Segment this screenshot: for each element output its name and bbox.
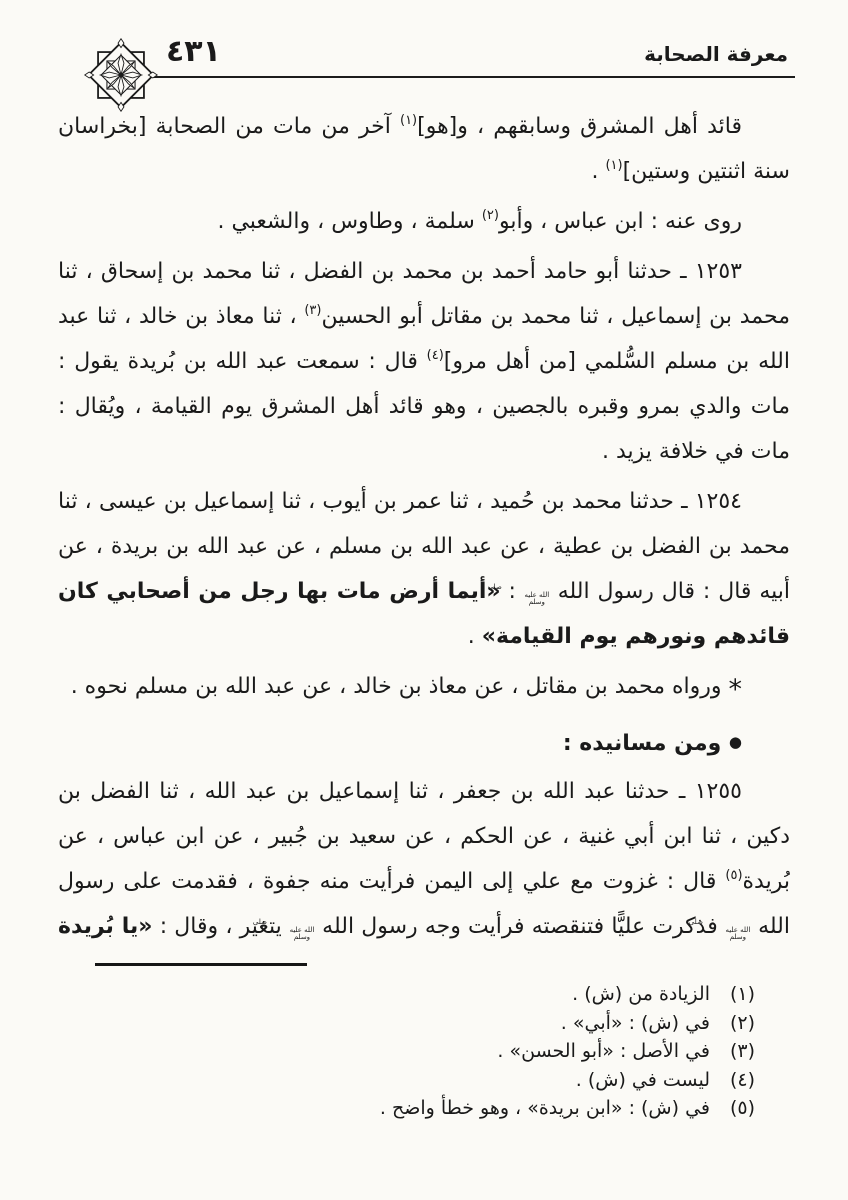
footnote-item: (٢)في (ش) : «أبي» . — [155, 1009, 755, 1038]
footnote-text: ليست في (ش) . — [155, 1066, 710, 1095]
text-segment: . — [468, 624, 482, 649]
footnote-reference: (٢) — [482, 208, 499, 223]
pbuh-honorific: صلى الله عليه وسلم — [725, 919, 751, 941]
page-number: ٤٣١ — [166, 34, 221, 69]
text-segment: سلمة ، وطاوس ، والشعبي . — [217, 209, 481, 234]
header-rule — [150, 76, 795, 78]
intro-paragraph: قائد أهل المشرق وسابقهم ، و[هو](١) آخر م… — [58, 104, 790, 194]
footnote-reference: (٥) — [725, 868, 742, 883]
footnote-number: (٣) — [719, 1037, 755, 1066]
footnote-reference: (٣) — [304, 303, 321, 318]
book-page: معرفة الصحابة ٤٣١ — [0, 0, 848, 1200]
footnote-number: (١) — [719, 980, 755, 1009]
text-segment: يتغير ، وقال : — [153, 914, 289, 939]
footnote-text: في (ش) : «ابن بريدة» ، وهو خطأ واضح . — [155, 1094, 710, 1123]
page-title: معرفة الصحابة — [644, 42, 788, 66]
footnote-reference: (١) — [400, 113, 417, 128]
text-segment: ورواه محمد بن مقاتل ، عن معاذ بن خالد ، … — [71, 674, 729, 699]
hadith-1255: ١٢٥٥ ـ حدثنا عبد الله بن جعفر ، ثنا إسما… — [58, 769, 790, 956]
text-segment: فذكرت عليًّا فتنقصته فرأيت وجه رسول الله — [315, 914, 725, 939]
section-heading-musnads: ● ومن مسانيده : — [58, 720, 790, 766]
text-segment: روى عنه : ابن عباس ، وأبو — [499, 209, 742, 234]
footnote-reference: (٤) — [427, 348, 444, 363]
asterisk-icon: * — [729, 674, 743, 705]
footnote-separator — [95, 963, 307, 966]
body-text: قائد أهل المشرق وسابقهم ، و[هو](١) آخر م… — [58, 104, 790, 956]
footnote-item: (٣)في الأصل : «أبو الحسن» . — [155, 1037, 755, 1066]
footnote-text: في الأصل : «أبو الحسن» . — [155, 1037, 710, 1066]
footnote-item: (٤)ليست في (ش) . — [155, 1066, 755, 1095]
bullet-icon: ● — [729, 733, 742, 751]
footnote-number: (٢) — [719, 1009, 755, 1038]
variant-note: * ورواه محمد بن مقاتل ، عن معاذ بن خالد … — [58, 664, 790, 712]
footnote-item: (١)الزيادة من (ش) . — [155, 980, 755, 1009]
footnote-text: الزيادة من (ش) . — [155, 980, 710, 1009]
star-ornament-icon — [84, 38, 158, 112]
footnotes-list: (١)الزيادة من (ش) .(٢)في (ش) : «أبي» .(٣… — [155, 980, 755, 1123]
footnote-reference: (١) — [605, 158, 622, 173]
pbuh-honorific: صلى الله عليه وسلم — [524, 584, 550, 606]
narrators-paragraph: روى عنه : ابن عباس ، وأبو(٢) سلمة ، وطاو… — [58, 199, 790, 244]
text-segment: . — [591, 159, 605, 184]
footnote-number: (٥) — [719, 1094, 755, 1123]
text-segment: : — [501, 579, 524, 604]
footnote-number: (٤) — [719, 1066, 755, 1095]
text-segment: ومن مسانيده : — [563, 731, 729, 756]
hadith-1254: ١٢٥٤ ـ حدثنا محمد بن حُميد ، ثنا عمر بن … — [58, 479, 790, 659]
footnote-item: (٥)في (ش) : «ابن بريدة» ، وهو خطأ واضح . — [155, 1094, 755, 1123]
hadith-1253: ١٢٥٣ ـ حدثنا أبو حامد أحمد بن محمد بن ال… — [58, 249, 790, 474]
footnote-text: في (ش) : «أبي» . — [155, 1009, 710, 1038]
pbuh-honorific: صلى الله عليه وسلم — [289, 919, 315, 941]
text-segment: قائد أهل المشرق وسابقهم ، و[هو] — [417, 114, 742, 139]
